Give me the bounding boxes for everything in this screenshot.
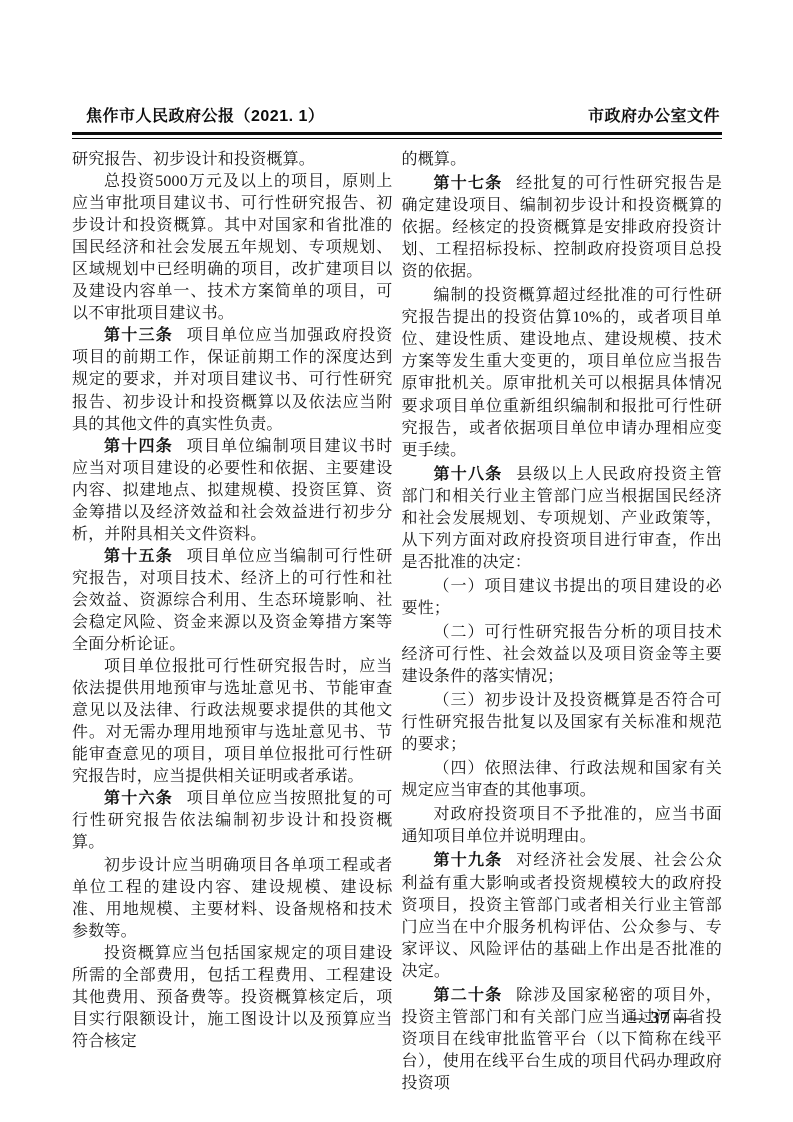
list-item-paragraph: （一）项目建议书提出的项目建设的必要性； <box>402 576 723 620</box>
header-gazette-title: 焦作市人民政府公报（2021. 1） <box>72 106 324 128</box>
paragraph: 第二十条除涉及国家秘密的项目外，投资主管部门和有关部门应当通过河南省投资项目在线… <box>402 985 723 1095</box>
paragraph-text: 投资概算应当包括国家规定的项目建设所需的全部费用，包括工程费用、工程建设其他费用… <box>72 945 393 1050</box>
paragraph-text: 总投资5000万元及以上的项目，原则上应当审批项目建议书、可行性研究报告、初步设… <box>72 173 393 322</box>
paragraph-text: 研究报告、初步设计和投资概算。 <box>72 151 315 168</box>
paragraph-text: （二）可行性研究报告分析的项目技术经济可行性、社会效益以及项目资金等主要建设条件… <box>402 624 723 685</box>
list-item-paragraph: （四）依照法律、行政法规和国家有关规定应当审查的其他事项。 <box>402 758 723 802</box>
page-content: 焦作市人民政府公报（2021. 1） 市政府办公室文件 研究报告、初步设计和投资… <box>72 106 722 1097</box>
article-number: 第十五条 <box>104 548 173 565</box>
paragraph-text: （四）依照法律、行政法规和国家有关规定应当审查的其他事项。 <box>402 760 723 799</box>
paragraph: 第十七条经批复的可行性研究报告是确定建设项目、编制初步设计和投资概算的依据。经核… <box>402 173 723 283</box>
paragraph: 研究报告、初步设计和投资概算。 <box>72 149 393 171</box>
left-column: 研究报告、初步设计和投资概算。 总投资5000万元及以上的项目，原则上应当审批项… <box>72 149 393 1097</box>
paragraph-text: 对政府投资项目不予批准的，应当书面通知项目单位并说明理由。 <box>402 806 723 845</box>
paragraph: 对政府投资项目不予批准的，应当书面通知项目单位并说明理由。 <box>402 804 723 848</box>
paragraph-text: 初步设计应当明确项目各单项工程或者单位工程的建设内容、建设规模、建设标准、用地规… <box>72 857 393 940</box>
header-divider-rule <box>72 132 722 139</box>
paragraph: 的概算。 <box>402 149 723 171</box>
paragraph: 项目单位报批可行性研究报告时，应当依法提供用地预审与选址意见书、节能审查意见以及… <box>72 656 393 788</box>
article-number: 第十三条 <box>104 327 173 344</box>
header-section-title: 市政府办公室文件 <box>588 106 722 128</box>
paragraph: 第十三条项目单位应当加强政府投资项目的前期工作，保证前期工作的深度达到规定的要求… <box>72 325 393 435</box>
paragraph: 初步设计应当明确项目各单项工程或者单位工程的建设内容、建设规模、建设标准、用地规… <box>72 855 393 943</box>
two-column-body: 研究报告、初步设计和投资概算。 总投资5000万元及以上的项目，原则上应当审批项… <box>72 149 722 1097</box>
article-number: 第二十条 <box>434 987 503 1004</box>
paragraph-text: 的概算。 <box>402 151 467 168</box>
paragraph: 第十五条项目单位应当编制可行性研究报告，对项目技术、经济上的可行性和社会效益、资… <box>72 546 393 656</box>
article-number: 第十九条 <box>434 852 503 869</box>
list-item-paragraph: （三）初步设计及投资概算是否符合可行性研究报告批复以及国家有关标准和规范的要求； <box>402 690 723 756</box>
paragraph: 总投资5000万元及以上的项目，原则上应当审批项目建议书、可行性研究报告、初步设… <box>72 171 393 325</box>
right-column: 的概算。 第十七条经批复的可行性研究报告是确定建设项目、编制初步设计和投资概算的… <box>402 149 723 1097</box>
gazette-page: 焦作市人民政府公报（2021. 1） 市政府办公室文件 研究报告、初步设计和投资… <box>0 0 793 1122</box>
paragraph: 第十四条项目单位编制项目建议书时应当对项目建设的必要性和依据、主要建设内容、拟建… <box>72 436 393 546</box>
paragraph: 投资概算应当包括国家规定的项目建设所需的全部费用，包括工程费用、工程建设其他费用… <box>72 943 393 1053</box>
paragraph-text: 对经济社会发展、社会公众利益有重大影响或者投资规模较大的政府投资项目，投资主管部… <box>402 852 723 979</box>
paragraph: 编制的投资概算超过经批准的可行性研究报告提出的投资估算10%的，或者项目单位、建… <box>402 285 723 461</box>
article-number: 第十四条 <box>104 438 173 455</box>
paragraph-text: （一）项目建议书提出的项目建设的必要性； <box>402 578 723 617</box>
article-number: 第十六条 <box>104 790 173 807</box>
paragraph-text: 项目单位报批可行性研究报告时，应当依法提供用地预审与选址意见书、节能审查意见以及… <box>72 658 393 785</box>
paragraph-text: 编制的投资概算超过经批准的可行性研究报告提出的投资估算10%的，或者项目单位、建… <box>402 287 723 458</box>
paragraph: 第十八条县级以上人民政府投资主管部门和相关行业主管部门应当根据国民经济和社会发展… <box>402 464 723 574</box>
article-number: 第十七条 <box>434 175 503 192</box>
list-item-paragraph: （二）可行性研究报告分析的项目技术经济可行性、社会效益以及项目资金等主要建设条件… <box>402 622 723 688</box>
page-number: — 37 — <box>628 1008 694 1028</box>
paragraph: 第十九条对经济社会发展、社会公众利益有重大影响或者投资规模较大的政府投资项目，投… <box>402 850 723 982</box>
article-number: 第十八条 <box>434 466 503 483</box>
paragraph-text: （三）初步设计及投资概算是否符合可行性研究报告批复以及国家有关标准和规范的要求； <box>402 692 723 753</box>
running-header: 焦作市人民政府公报（2021. 1） 市政府办公室文件 <box>72 106 722 128</box>
paragraph: 第十六条项目单位应当按照批复的可行性研究报告依法编制初步设计和投资概算。 <box>72 788 393 854</box>
